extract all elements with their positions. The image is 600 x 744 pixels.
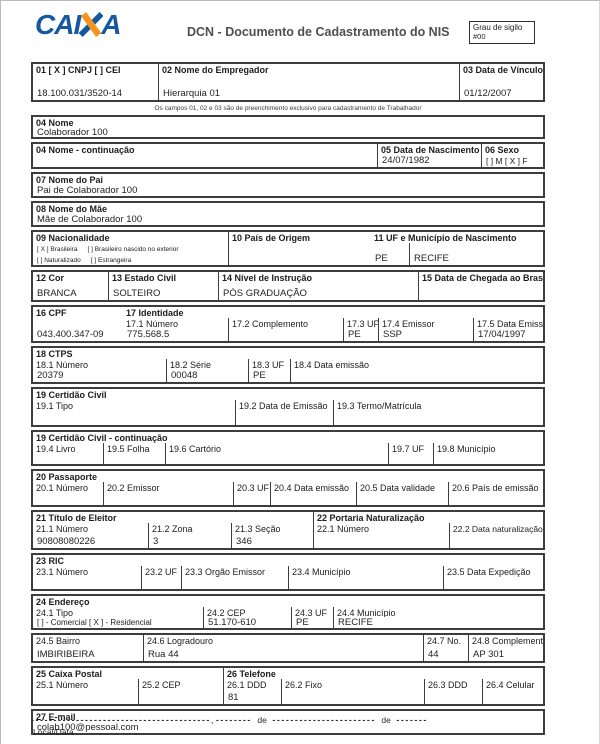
field-11-municipio: RECIFE: [409, 243, 543, 265]
field-25-2-cep: 25.2 CEP: [138, 679, 223, 704]
field-17-5-value: 17/04/1997: [474, 329, 545, 341]
option-brasileiro-exterior-checkbox: [ ] Brasileiro nascido no exterior: [87, 246, 178, 253]
row-12-13-14-15: 12 Cor BRANCA 13 Estado Civil SOLTEIRO 1…: [31, 270, 545, 302]
field-05-value: 24/07/1982: [378, 155, 481, 167]
field-24-5-label: 24.5 Bairro: [33, 635, 143, 646]
field-19-3-termo-matricula: 19.3 Termo/Matrícula: [333, 400, 543, 425]
field-12-label: 12 Cor: [33, 272, 108, 283]
field-24-2-label: 24.2 CEP: [204, 607, 291, 617]
field-22-1-numero: 22.1 Número: [314, 523, 449, 548]
field-20-4-data-emissao: 20.4 Data emissão: [270, 482, 356, 505]
field-23-label: 23 RIC: [33, 555, 543, 566]
field-14-nivel-instrucao: 14 Nível de Instrução PÓS GRADUAÇÃO: [218, 272, 418, 300]
field-02-empregador: 02 Nome do Empregador Hierarquia 01: [158, 64, 459, 100]
field-21-2-zona: 21.2 Zona 3: [148, 523, 231, 548]
field-18-1-label: 18.1 Número: [33, 359, 166, 370]
local-data-label: Local/Data: [33, 727, 74, 737]
field-23-2-uf: 23.2 UF: [141, 566, 181, 589]
row-19-certidao-civil: 19 Certidão Civil 19.1 Tipo 19.2 Data de…: [31, 387, 545, 427]
field-20-2-emissor: 20.2 Emissor: [103, 482, 233, 505]
signature-de-2: de: [378, 715, 393, 725]
signature-line: ----------------------------------------…: [31, 715, 571, 725]
field-23-3-value: [182, 588, 288, 589]
row-20-passaporte: 20 Passaporte 20.1 Número 20.2 Emissor 2…: [31, 469, 545, 507]
signature-dashes-month: -----------------------: [272, 715, 375, 725]
field-05-data-nascimento: 05 Data de Nascimento 24/07/1982: [377, 144, 481, 167]
field-09-label: 09 Nacionalidade: [33, 232, 228, 243]
signature-dashes-local: ----------------------------------------: [31, 715, 211, 725]
form-note: Os campos 01, 02 e 03 são de preenchimen…: [31, 105, 545, 112]
row-21-22: 21 Título de Eleitor 21.1 Número 9080808…: [31, 510, 545, 550]
field-18-4-value: [291, 381, 543, 382]
field-20-4-label: 20.4 Data emissão: [271, 482, 356, 493]
sigilo-box: Grau de sigilo #00: [469, 21, 535, 44]
field-22-2-data-naturalizacao: 22.2 Data naturalização: [449, 523, 545, 548]
field-21-3-value: 346: [232, 536, 313, 548]
field-23-2-value: [142, 588, 181, 589]
field-17-5-data-emissao: 17.5 Data Emissão 17/04/1997: [473, 318, 545, 341]
field-19-label: 19 Certidão Civil: [33, 389, 543, 400]
field-24-7-numero: 24.7 No. 44: [423, 635, 468, 661]
row-08-nome-mae: 08 Nome do Mãe Mãe de Colaborador 100: [31, 201, 545, 227]
field-26-2-fixo: 26.2 Fixo: [281, 679, 424, 704]
field-24-8-complemento: 24.8 Complemento AP 301: [468, 635, 545, 661]
field-25-1-numero: 25.1 Número: [33, 679, 138, 704]
row-23-ric: 23 RIC 23.1 Número 23.2 UF 23.3 Orgão Em…: [31, 553, 545, 591]
field-21-1-label: 21.1 Número: [33, 523, 148, 534]
field-19-8-label: 19.8 Município: [434, 443, 543, 454]
row-16-17: 16 CPF 043.400.347-09 17 Identidade 17.1…: [31, 305, 545, 343]
field-23-5-data-expedicao: 23.5 Data Expedição: [443, 566, 543, 589]
field-19-1-value: [33, 424, 235, 425]
field-19-6-cartorio: 19.6 Cartório: [165, 443, 388, 464]
row-04c-05-06: 04 Nome - continuação 05 Data de Nascime…: [31, 142, 545, 169]
field-19-1-tipo: 19.1 Tipo: [33, 400, 235, 425]
field-23-1-label: 23.1 Número: [33, 566, 141, 577]
field-20-5-data-validade: 20.5 Data validade: [356, 482, 448, 505]
field-23-4-label: 23.4 Município: [289, 566, 443, 577]
row-25-26: 25 Caixa Postal 25.1 Número 25.2 CEP 26: [31, 666, 545, 706]
field-26-3-value: [425, 703, 482, 704]
field-17-5-label: 17.5 Data Emissão: [474, 318, 545, 329]
field-19-6-label: 19.6 Cartório: [166, 443, 388, 454]
field-22-portaria-naturalizacao: 22 Portaria Naturalização 22.1 Número 22…: [313, 512, 545, 548]
field-18-2-label: 18.2 Série: [167, 359, 248, 370]
field-19-7-value: [389, 463, 433, 464]
field-09-options-line2: [ ] Naturalizado [ ] Estrangeira: [33, 257, 228, 265]
field-09-options-line1: [ X ] Brasileira [ ] Brasileiro nascido …: [33, 246, 228, 254]
field-17-2-value: [229, 340, 343, 341]
field-26-label: 26 Telefone: [224, 668, 543, 679]
field-23-3-orgao-emissor: 23.3 Orgão Emissor: [181, 566, 288, 589]
page-title: DCN - Documento de Cadastramento do NIS: [187, 25, 450, 39]
field-03-value: 01/12/2007: [460, 88, 545, 100]
field-17-1-label: 17.1 Número: [123, 318, 228, 329]
field-24-1-tipo: 24.1 Tipo [ ] - Comercial [ X ] - Reside…: [33, 607, 203, 628]
field-20-3-label: 20.3 UF: [234, 482, 270, 493]
field-25-1-value: [33, 703, 138, 704]
field-24-7-value: 44: [424, 649, 468, 661]
field-20-6-label: 20.6 País de emissão: [449, 482, 543, 493]
field-19-2-value: [236, 424, 333, 425]
field-03-label: 03 Data de Vínculo: [460, 64, 545, 75]
field-08-value: Mãe de Colaborador 100: [33, 214, 543, 225]
field-17-1-value: 775.568.5: [123, 329, 228, 341]
field-14-label: 14 Nível de Instrução: [219, 272, 418, 283]
field-26-4-label: 26.4 Celular: [483, 679, 543, 690]
field-10-value: [229, 264, 371, 265]
field-17-4-label: 17.4 Emissor: [379, 318, 473, 329]
field-18-2-serie: 18.2 Série 00048: [166, 359, 248, 382]
field-18-3-value: PE: [249, 370, 290, 382]
field-12-cor: 12 Cor BRANCA: [33, 272, 108, 300]
field-24-4-value: RECIFE: [334, 617, 543, 628]
field-24-8-label: 24.8 Complemento: [469, 635, 545, 646]
field-03-data-vinculo: 03 Data de Vínculo 01/12/2007: [459, 64, 545, 100]
signature-dashes-day: --------: [216, 715, 252, 725]
field-18-4-data-emissao: 18.4 Data emissão: [290, 359, 543, 382]
row-24-bairro-logradouro: 24.5 Bairro IMBIRIBEIRA 24.6 Logradouro …: [31, 633, 545, 663]
field-18-4-label: 18.4 Data emissão: [291, 359, 543, 370]
field-22-1-value: [314, 547, 449, 548]
field-26-3-ddd: 26.3 DDD: [424, 679, 482, 704]
field-18-label: 18 CTPS: [33, 348, 543, 359]
field-17-3-value: PE: [344, 329, 378, 341]
field-24-4-municipio: 24.4 Município RECIFE: [333, 607, 543, 628]
row-24-endereco: 24 Endereço 24.1 Tipo [ ] - Comercial [ …: [31, 594, 545, 630]
field-23-1-value: [33, 588, 141, 589]
field-19-4-value: [33, 463, 103, 464]
field-23-4-value: [289, 588, 443, 589]
field-02-label: 02 Nome do Empregador: [159, 64, 459, 75]
field-07-value: Pai de Colaborador 100: [33, 185, 543, 196]
field-17-label: 17 Identidade: [123, 307, 545, 318]
field-07-label: 07 Nome do Pai: [33, 174, 543, 185]
caixa-logo: CAI A: [35, 9, 120, 41]
field-19-3-value: [334, 424, 543, 425]
field-20-1-label: 20.1 Número: [33, 482, 103, 493]
field-19-5-folha: 19.5 Folha: [103, 443, 165, 464]
row-18-ctps: 18 CTPS 18.1 Número 20379 18.2 Série 000…: [31, 346, 545, 384]
field-01-value: 18.100.031/3520-14: [33, 88, 158, 100]
field-16-label: 16 CPF: [33, 307, 123, 318]
field-20-1-value: [33, 504, 103, 505]
field-25-2-value: [139, 703, 223, 704]
field-24-8-value: AP 301: [469, 649, 545, 661]
field-18-1-value: 20379: [33, 370, 166, 382]
field-23-3-label: 23.3 Orgão Emissor: [182, 566, 288, 577]
caixa-logo-text-right: A: [101, 9, 120, 41]
field-15-label: 15 Data de Chegada ao Brasil: [419, 272, 545, 283]
field-11-uf: PE: [371, 243, 409, 265]
field-10-label: 10 País de Origem: [229, 232, 371, 243]
field-25-label: 25 Caixa Postal: [33, 668, 223, 679]
row-19-continuacao: 19 Certidão Civil - continuação 19.4 Liv…: [31, 430, 545, 466]
field-24-2-cep: 24.2 CEP 51.170-610: [203, 607, 291, 628]
field-11-label: 11 UF e Município de Nascimento: [371, 232, 543, 243]
field-21-1-numero: 21.1 Número 90808080226: [33, 523, 148, 548]
field-16-value: 043.400.347-09: [33, 329, 123, 341]
field-19-4-livro: 19.4 Livro: [33, 443, 103, 464]
field-21-3-secao: 21.3 Seção 346: [231, 523, 313, 548]
field-18-3-label: 18.3 UF: [249, 359, 290, 370]
field-23-5-label: 23.5 Data Expedição: [444, 566, 543, 577]
field-24-5-value: IMBIRIBEIRA: [33, 649, 143, 661]
field-26-2-label: 26.2 Fixo: [282, 679, 424, 690]
field-11-municipio-value: RECIFE: [410, 253, 543, 265]
field-20-2-label: 20.2 Emissor: [104, 482, 233, 493]
field-23-2-label: 23.2 UF: [142, 566, 181, 577]
field-23-4-municipio: 23.4 Município: [288, 566, 443, 589]
option-naturalizado-checkbox: [ ] Naturalizado: [37, 257, 81, 264]
field-19-4-label: 19.4 Livro: [33, 443, 103, 454]
field-21-1-value: 90808080226: [33, 536, 148, 548]
field-26-1-value: 81: [224, 692, 281, 704]
field-24-2-value: 51.170-610: [204, 617, 291, 628]
field-26-1-label: 26.1 DDD: [224, 679, 281, 690]
field-24-6-value: Rua 44: [144, 649, 423, 661]
field-11-uf-value: PE: [371, 253, 409, 265]
field-21-titulo-eleitor: 21 Título de Eleitor 21.1 Número 9080808…: [33, 512, 313, 548]
caixa-logo-text-left: CAI: [35, 9, 80, 41]
field-26-4-value: [483, 703, 543, 704]
field-24-6-logradouro: 24.6 Logradouro Rua 44: [143, 635, 423, 661]
field-01-label: 01 [ X ] CNPJ [ ] CEI: [33, 64, 158, 75]
field-09-nacionalidade: 09 Nacionalidade [ X ] Brasileira [ ] Br…: [33, 232, 228, 265]
field-19-6-value: [166, 463, 388, 464]
field-20-4-value: [271, 504, 356, 505]
field-24-7-label: 24.7 No.: [424, 635, 468, 646]
field-19-5-label: 19.5 Folha: [104, 443, 165, 454]
field-19-7-uf: 19.7 UF: [388, 443, 433, 464]
field-24-label: 24 Endereço: [33, 596, 543, 607]
field-12-value: BRANCA: [33, 288, 108, 300]
field-18-3-uf: 18.3 UF PE: [248, 359, 290, 382]
field-20-1-numero: 20.1 Número: [33, 482, 103, 505]
caixa-x-icon: [77, 11, 103, 38]
field-19-2-label: 19.2 Data de Emissão: [236, 400, 333, 411]
field-20-6-value: [449, 504, 543, 505]
field-19-8-municipio: 19.8 Município: [433, 443, 543, 464]
field-21-2-value: 3: [149, 536, 231, 548]
field-25-caixa-postal: 25 Caixa Postal 25.1 Número 25.2 CEP: [33, 668, 223, 704]
field-15-value: [419, 299, 545, 300]
field-04c-nome-continuacao: 04 Nome - continuação: [33, 144, 377, 167]
field-17-identidade: 17 Identidade 17.1 Número 775.568.5 17.2…: [123, 307, 545, 341]
signature-comma: ,: [211, 715, 214, 725]
field-23-5-value: [444, 588, 543, 589]
field-22-1-label: 22.1 Número: [314, 523, 449, 534]
field-14-value: PÓS GRADUAÇÃO: [219, 288, 418, 300]
field-04c-label: 04 Nome - continuação: [33, 144, 377, 155]
row-07-nome-pai: 07 Nome do Pai Pai de Colaborador 100: [31, 172, 545, 198]
signature-de-1: de: [254, 715, 269, 725]
field-19c-label: 19 Certidão Civil - continuação: [33, 432, 543, 443]
field-13-label: 13 Estado Civil: [109, 272, 218, 283]
field-23-1-numero: 23.1 Número: [33, 566, 141, 589]
field-24-1-label: 24.1 Tipo: [33, 607, 203, 618]
field-20-3-uf: 20.3 UF: [233, 482, 270, 505]
field-10-pais-origem: 10 País de Origem: [228, 232, 371, 265]
field-01-cnpj-cei: 01 [ X ] CNPJ [ ] CEI 18.100.031/3520-14: [33, 64, 158, 100]
field-25-2-label: 25.2 CEP: [139, 679, 223, 690]
field-18-2-value: 00048: [167, 370, 248, 382]
field-22-2-value: [450, 547, 545, 548]
field-26-2-value: [282, 703, 424, 704]
field-11-uf-municipio: 11 UF e Município de Nascimento PE RECIF…: [371, 232, 543, 265]
field-19-7-label: 19.7 UF: [389, 443, 433, 454]
signature-dashes-year: -------: [396, 715, 427, 725]
field-19-2-data-emissao: 19.2 Data de Emissão: [235, 400, 333, 425]
field-17-2-complemento: 17.2 Complemento: [228, 318, 343, 341]
dcn-form-page: CAI A DCN - Documento de Cadastramento d…: [0, 0, 600, 744]
form-body: 01 [ X ] CNPJ [ ] CEI 18.100.031/3520-14…: [31, 62, 545, 738]
field-24-6-label: 24.6 Logradouro: [144, 635, 423, 646]
field-22-2-label: 22.2 Data naturalização: [450, 523, 545, 534]
sigilo-label: Grau de sigilo: [473, 23, 531, 32]
field-15-data-chegada: 15 Data de Chegada ao Brasil: [418, 272, 545, 300]
field-17-4-emissor: 17.4 Emissor SSP: [378, 318, 473, 341]
field-20-2-value: [104, 504, 233, 505]
field-06-value: [ ] M [ X ] F: [482, 156, 543, 167]
field-19-3-label: 19.3 Termo/Matrícula: [334, 400, 543, 411]
field-26-1-ddd: 26.1 DDD 81: [224, 679, 281, 704]
field-24-1-value: [ ] - Comercial [ X ] - Residencial: [33, 618, 203, 628]
field-06-label: 06 Sexo: [482, 144, 543, 155]
field-02-value: Hierarquia 01: [159, 88, 459, 100]
field-04-value: Colaborador 100: [33, 127, 543, 137]
option-estrangeira-checkbox: [ ] Estrangeira: [91, 257, 131, 264]
field-21-label: 21 Título de Eleitor: [33, 512, 313, 523]
field-20-5-label: 20.5 Data validade: [357, 482, 448, 493]
field-26-4-celular: 26.4 Celular: [482, 679, 543, 704]
field-20-6-pais-emissao: 20.6 País de emissão: [448, 482, 543, 505]
field-17-1-numero: 17.1 Número 775.568.5: [123, 318, 228, 341]
field-13-estado-civil: 13 Estado Civil SOLTEIRO: [108, 272, 218, 300]
field-17-3-uf: 17.3 UF PE: [343, 318, 378, 341]
field-25-1-label: 25.1 Número: [33, 679, 138, 690]
field-20-label: 20 Passaporte: [33, 471, 543, 482]
field-19-5-value: [104, 463, 165, 464]
row-04-nome: 04 Nome Colaborador 100: [31, 115, 545, 139]
field-17-2-label: 17.2 Complemento: [229, 318, 343, 329]
sigilo-value: #00: [473, 32, 531, 41]
field-18-1-numero: 18.1 Número 20379: [33, 359, 166, 382]
field-13-value: SOLTEIRO: [109, 288, 218, 300]
field-21-2-label: 21.2 Zona: [149, 523, 231, 534]
field-06-sexo: 06 Sexo [ ] M [ X ] F: [481, 144, 543, 167]
field-26-3-label: 26.3 DDD: [425, 679, 482, 690]
field-24-5-bairro: 24.5 Bairro IMBIRIBEIRA: [33, 635, 143, 661]
field-24-4-label: 24.4 Município: [334, 607, 543, 617]
field-21-3-label: 21.3 Seção: [232, 523, 313, 534]
field-26-telefone: 26 Telefone 26.1 DDD 81 26.2 Fixo 26.3 D…: [223, 668, 543, 704]
row-01-02-03: 01 [ X ] CNPJ [ ] CEI 18.100.031/3520-14…: [31, 62, 545, 102]
field-05-label: 05 Data de Nascimento: [378, 144, 481, 155]
field-16-cpf: 16 CPF 043.400.347-09: [33, 307, 123, 341]
field-20-5-value: [357, 504, 448, 505]
field-17-4-value: SSP: [379, 329, 473, 341]
row-09-10-11: 09 Nacionalidade [ X ] Brasileira [ ] Br…: [31, 230, 545, 267]
field-24-3-label: 24.3 UF: [292, 607, 333, 617]
field-04c-value: [33, 166, 377, 167]
field-19-8-value: [434, 463, 543, 464]
field-22-label: 22 Portaria Naturalização: [314, 512, 545, 523]
field-08-label: 08 Nome do Mãe: [33, 203, 543, 214]
option-brasileira-checkbox: [ X ] Brasileira: [37, 246, 77, 253]
field-24-3-value: PE: [292, 617, 333, 628]
field-19-1-label: 19.1 Tipo: [33, 400, 235, 411]
field-24-3-uf: 24.3 UF PE: [291, 607, 333, 628]
field-20-3-value: [234, 504, 270, 505]
field-04-label: 04 Nome: [33, 117, 543, 127]
field-17-3-label: 17.3 UF: [344, 318, 378, 329]
